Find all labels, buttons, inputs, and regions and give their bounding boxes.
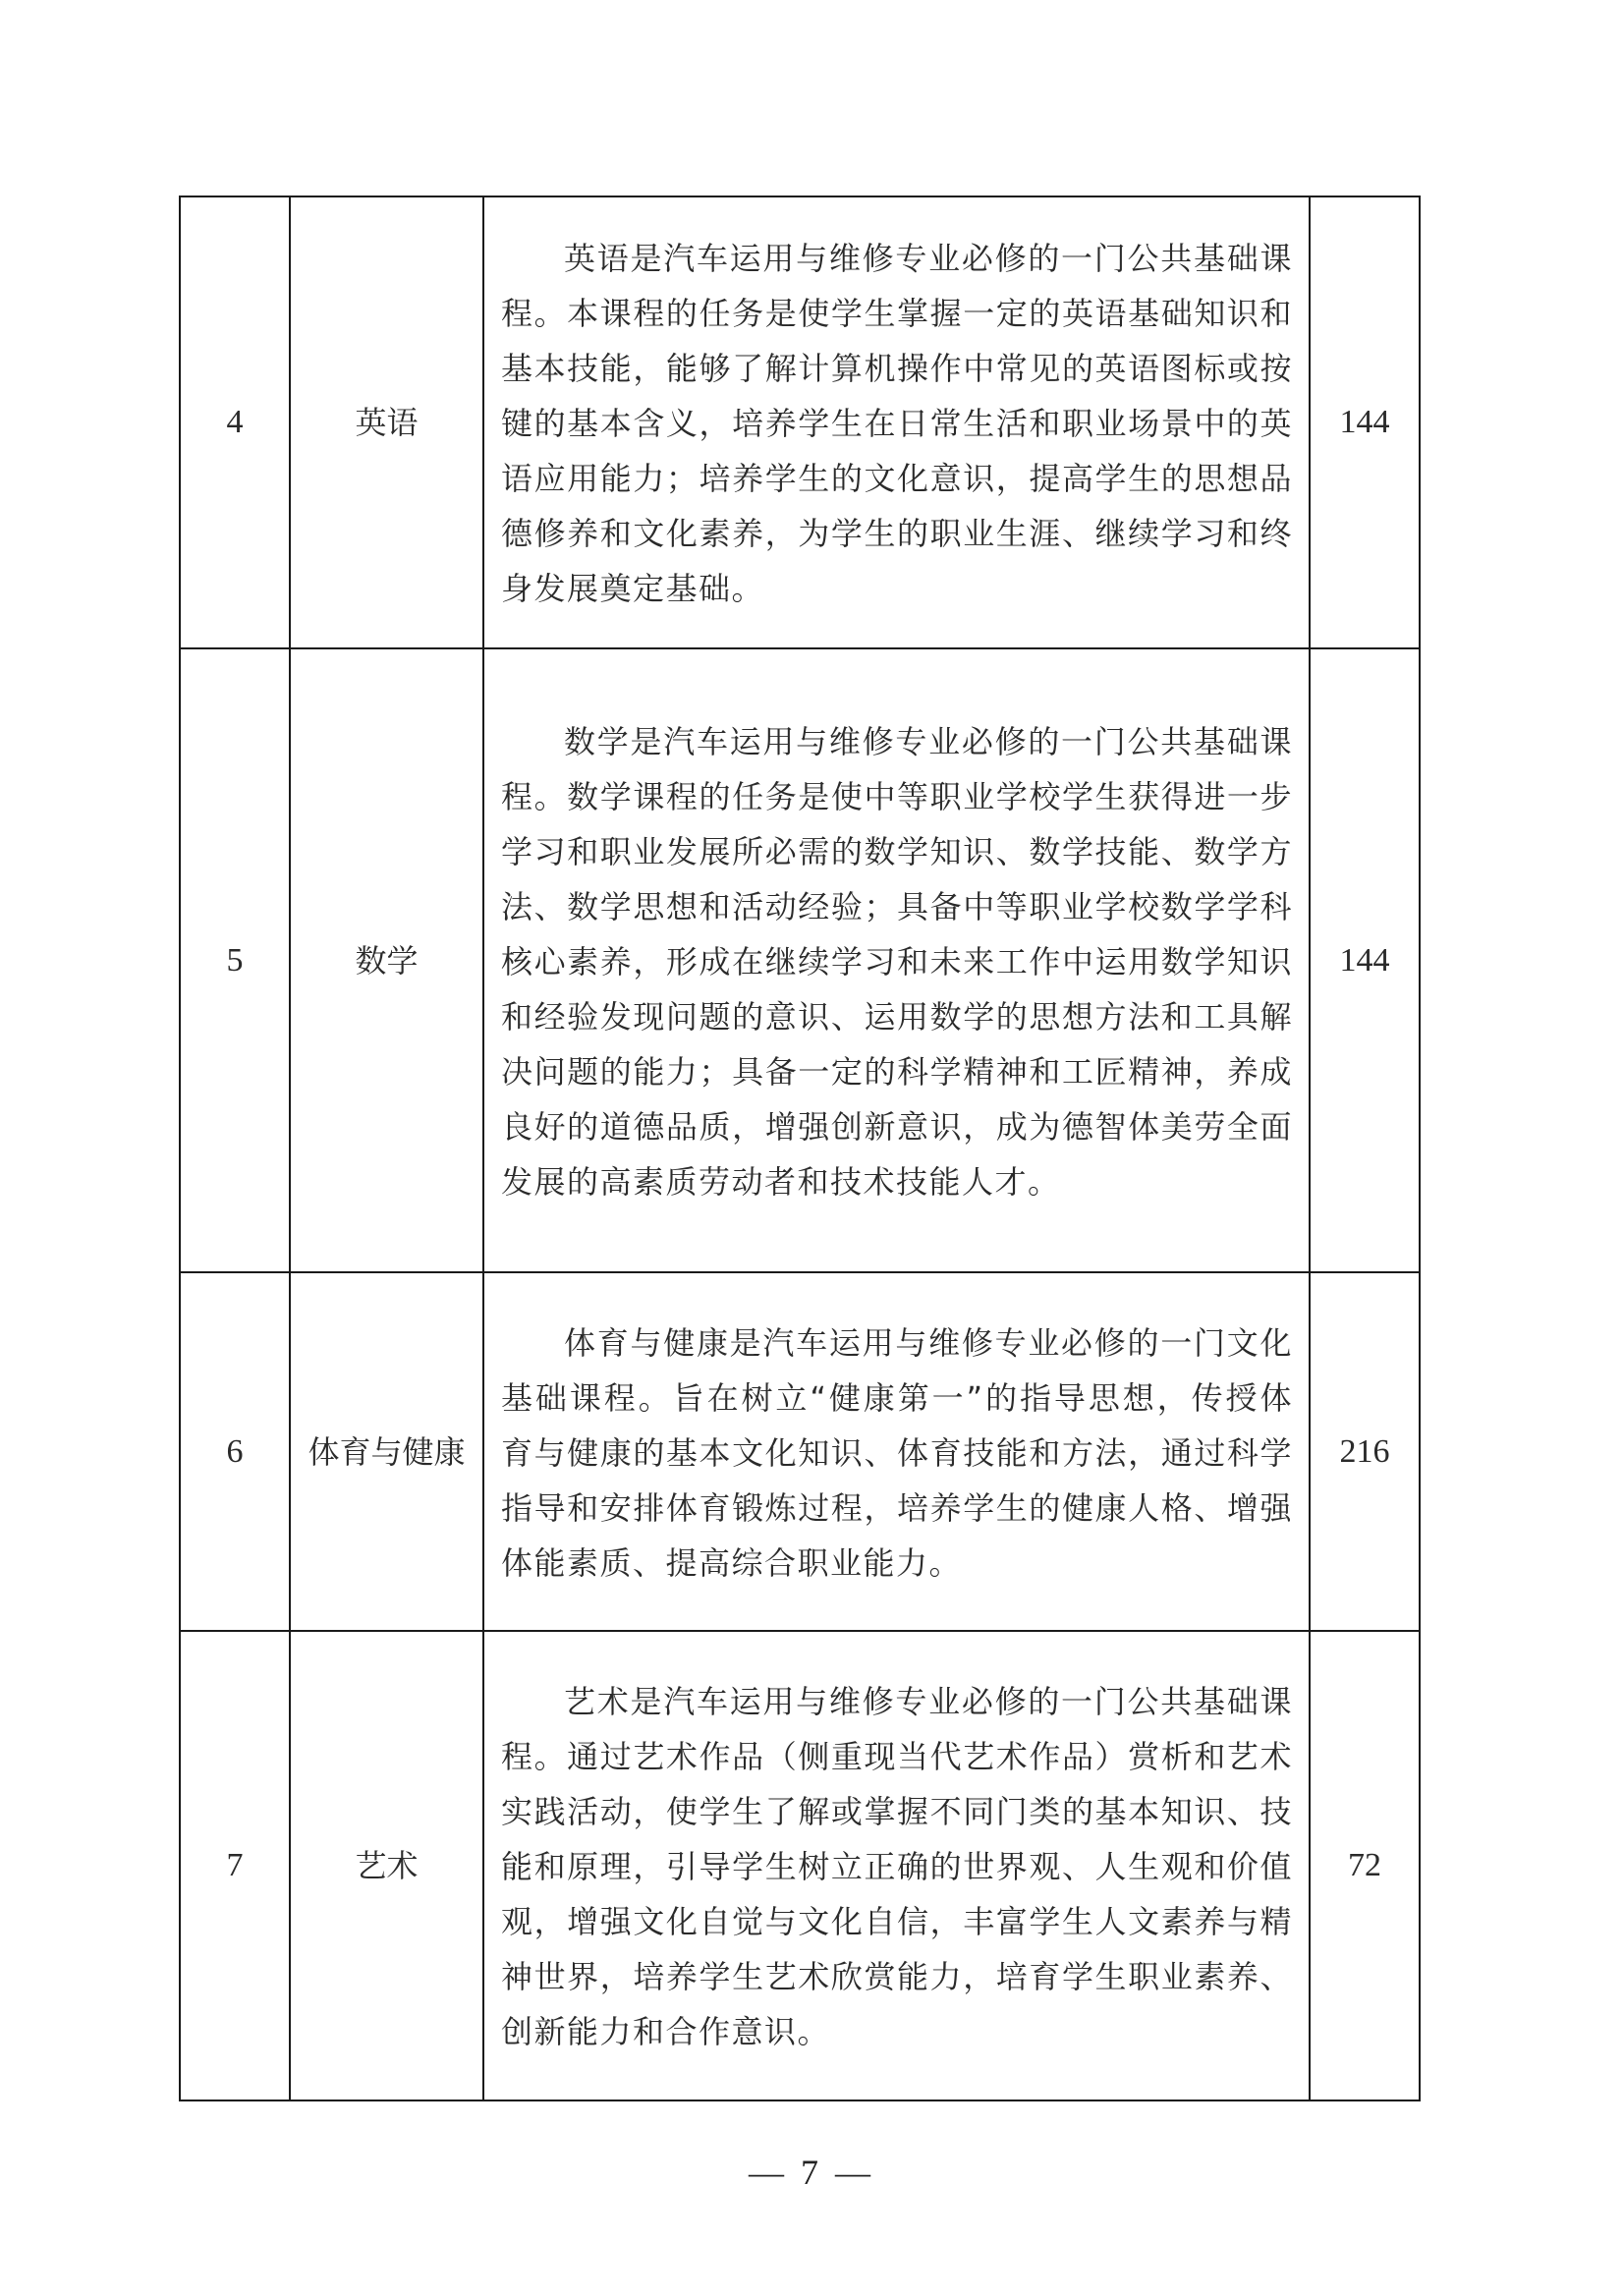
course-description: 体育与健康是汽车运用与维修专业必修的一门文化基础课程。旨在树立“健康第一”的指导… bbox=[501, 1316, 1293, 1591]
course-table: 4 英语 英语是汽车运用与维修专业必修的一门公共基础课程。本课程的任务是使学生掌… bbox=[179, 196, 1421, 2101]
course-hours: 72 bbox=[1310, 1631, 1420, 2100]
page-number: — 7 — bbox=[0, 2152, 1623, 2193]
course-description-cell: 体育与健康是汽车运用与维修专业必修的一门文化基础课程。旨在树立“健康第一”的指导… bbox=[483, 1272, 1310, 1631]
course-hours: 216 bbox=[1310, 1272, 1420, 1631]
course-hours: 144 bbox=[1310, 196, 1420, 648]
course-hours: 144 bbox=[1310, 648, 1420, 1272]
course-number: 7 bbox=[180, 1631, 290, 2100]
course-number: 5 bbox=[180, 648, 290, 1272]
course-name: 艺术 bbox=[290, 1631, 483, 2100]
course-description-cell: 艺术是汽车运用与维修专业必修的一门公共基础课程。通过艺术作品（侧重现当代艺术作品… bbox=[483, 1631, 1310, 2100]
course-description: 英语是汽车运用与维修专业必修的一门公共基础课程。本课程的任务是使学生掌握一定的英… bbox=[501, 231, 1293, 616]
table-row: 5 数学 数学是汽车运用与维修专业必修的一门公共基础课程。数学课程的任务是使中等… bbox=[180, 648, 1420, 1272]
course-number: 6 bbox=[180, 1272, 290, 1631]
course-number: 4 bbox=[180, 196, 290, 648]
table-row: 4 英语 英语是汽车运用与维修专业必修的一门公共基础课程。本课程的任务是使学生掌… bbox=[180, 196, 1420, 648]
course-description-cell: 数学是汽车运用与维修专业必修的一门公共基础课程。数学课程的任务是使中等职业学校学… bbox=[483, 648, 1310, 1272]
document-page: 4 英语 英语是汽车运用与维修专业必修的一门公共基础课程。本课程的任务是使学生掌… bbox=[0, 0, 1623, 2296]
table-row: 7 艺术 艺术是汽车运用与维修专业必修的一门公共基础课程。通过艺术作品（侧重现当… bbox=[180, 1631, 1420, 2100]
course-description-cell: 英语是汽车运用与维修专业必修的一门公共基础课程。本课程的任务是使学生掌握一定的英… bbox=[483, 196, 1310, 648]
course-name: 数学 bbox=[290, 648, 483, 1272]
course-name: 体育与健康 bbox=[290, 1272, 483, 1631]
course-description: 数学是汽车运用与维修专业必修的一门公共基础课程。数学课程的任务是使中等职业学校学… bbox=[501, 714, 1293, 1209]
course-name: 英语 bbox=[290, 196, 483, 648]
course-description: 艺术是汽车运用与维修专业必修的一门公共基础课程。通过艺术作品（侧重现当代艺术作品… bbox=[501, 1674, 1293, 2059]
table-row: 6 体育与健康 体育与健康是汽车运用与维修专业必修的一门文化基础课程。旨在树立“… bbox=[180, 1272, 1420, 1631]
